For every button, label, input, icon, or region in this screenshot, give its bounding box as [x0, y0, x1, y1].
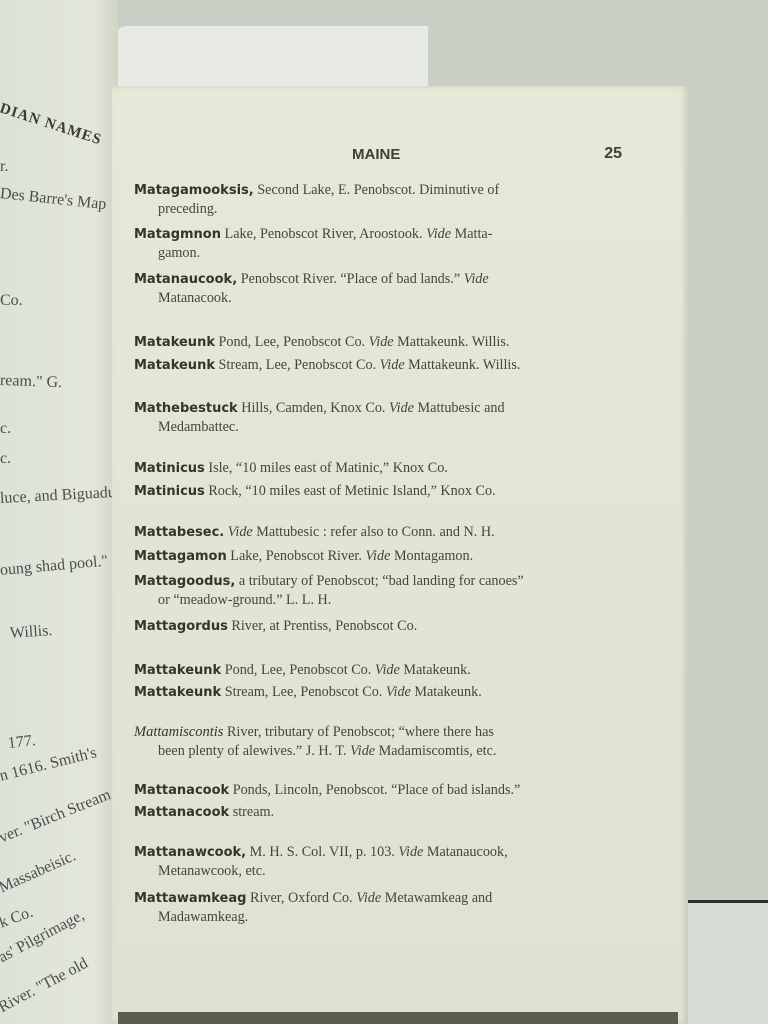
entry-text: Matanaucook, [423, 844, 507, 860]
entry-text: Matakeunk. [400, 662, 471, 678]
entry-headword: Matakeunk [134, 335, 215, 350]
entry-text: Pond, Lee, Penobscot Co. [221, 662, 375, 678]
left-page-fragment: Co. [0, 292, 23, 310]
entry-continuation: gamon. [134, 244, 622, 263]
dictionary-entry: Mattakeunk Stream, Lee, Penobscot Co. Vi… [134, 683, 622, 702]
dictionary-entry: Matakeunk Stream, Lee, Penobscot Co. Vid… [134, 356, 622, 375]
left-page-fragment: oung shad pool." [0, 553, 109, 580]
entry-text: been plenty of alewives.” J. H. T. [158, 743, 350, 759]
entry-continuation: Medambattec. [134, 418, 622, 437]
left-page-fragment: c. [0, 420, 11, 438]
entry-text: Mattubesic : refer also to Conn. and N. … [253, 524, 495, 540]
dictionary-entry: Mattanacook Ponds, Lincoln, Penobscot. “… [134, 781, 622, 800]
vide-reference: Vide [356, 890, 381, 906]
entry-headword: Matinicus [134, 484, 205, 499]
entry-headword: Mattamiscontis [134, 724, 223, 740]
entry-text: Pond, Lee, Penobscot Co. [215, 334, 369, 350]
entry-text: preceding. [158, 201, 217, 217]
left-page-fragment: River. "The old [0, 955, 91, 1017]
entry-text: Lake, Penobscot River. [227, 548, 366, 564]
dictionary-entry: Mattabesec. Vide Mattubesic : refer also… [134, 523, 622, 542]
entry-text: Second Lake, E. Penobscot. Diminutive of [254, 182, 499, 198]
entry-headword: Mattagamon [134, 549, 227, 564]
dictionary-entry: Mattakeunk Pond, Lee, Penobscot Co. Vide… [134, 661, 622, 680]
entry-continuation: Madawamkeag. [134, 908, 622, 927]
entry-continuation: preceding. [134, 200, 622, 219]
entry-headword: Matagamooksis, [134, 183, 254, 198]
right-page: MAINE 25 Matagamooksis, Second Lake, E. … [112, 86, 688, 1024]
vide-reference: Vide [386, 684, 411, 700]
entry-text: Penobscot River. “Place of bad lands.” [237, 271, 464, 287]
left-page-fragment: c. [0, 450, 11, 468]
entry-text: a tributary of Penobscot; “bad landing f… [235, 573, 523, 589]
vide-reference: Vide [228, 524, 253, 540]
dictionary-entry: Matagmnon Lake, Penobscot River, Aroosto… [134, 225, 622, 263]
vide-reference: Vide [365, 548, 390, 564]
entry-text: or “meadow-ground.” L. L. H. [158, 592, 331, 608]
left-page-fragment: luce, and Biguadu [0, 484, 116, 508]
entry-text: Matanacook. [158, 290, 232, 306]
left-page-fragment: Willis. [9, 622, 53, 643]
entry-text: Madamiscomtis, etc. [375, 743, 496, 759]
entry-text: Montagamon. [390, 548, 473, 564]
left-page-fragment: ream." G. [0, 372, 62, 392]
entry-text: Ponds, Lincoln, Penobscot. “Place of bad… [229, 782, 520, 798]
dictionary-entry: Mattanacook stream. [134, 803, 622, 822]
page-number: 25 [604, 145, 622, 163]
entry-headword: Matakeunk [134, 358, 215, 373]
entry-text: Lake, Penobscot River, Aroostook. [221, 226, 426, 242]
entry-text: Mattubesic and [414, 400, 505, 416]
book-bottom-edge [118, 1012, 678, 1024]
entry-continuation: Matanacook. [134, 289, 622, 308]
entry-headword: Mattabesec. [134, 525, 224, 540]
vide-reference: Vide [426, 226, 451, 242]
entry-text: gamon. [158, 245, 200, 261]
entry-text: Isle, “10 miles east of Matinic,” Knox C… [205, 460, 448, 476]
left-page-fragment: r. [0, 158, 8, 176]
entry-headword: Mattagoodus, [134, 574, 235, 589]
dictionary-entry: Matinicus Rock, “10 miles east of Metini… [134, 482, 622, 501]
entry-headword: Mattanawcook, [134, 845, 246, 860]
entry-headword: Mattawamkeag [134, 891, 246, 906]
dictionary-entry: Mattagoodus, a tributary of Penobscot; “… [134, 572, 622, 610]
dictionary-entry: Matagamooksis, Second Lake, E. Penobscot… [134, 181, 622, 219]
vide-reference: Vide [350, 743, 375, 759]
left-page: DIAN NAMES r.Des Barre's MapCo.ream." G.… [0, 0, 118, 1024]
vide-reference: Vide [369, 334, 394, 350]
entry-text: Madawamkeag. [158, 909, 248, 925]
entry-text: Metanawcook, etc. [158, 863, 266, 879]
entry-text: Stream, Lee, Penobscot Co. [221, 684, 386, 700]
entry-text: Rock, “10 miles east of Metinic Island,”… [205, 483, 496, 499]
entry-headword: Mattanacook [134, 783, 229, 798]
entry-headword: Mathebestuck [134, 401, 238, 416]
entry-continuation: Metanawcook, etc. [134, 862, 622, 881]
entry-headword: Matagmnon [134, 227, 221, 242]
dictionary-entry: Mathebestuck Hills, Camden, Knox Co. Vid… [134, 399, 622, 437]
left-page-fragment: k Co. [0, 904, 36, 933]
page-title: MAINE [352, 146, 400, 163]
vide-reference: Vide [464, 271, 489, 287]
dictionary-entry: Mattagordus River, at Prentiss, Penobsco… [134, 617, 622, 636]
vide-reference: Vide [380, 357, 405, 373]
dictionary-entry: Mattawamkeag River, Oxford Co. Vide Meta… [134, 889, 622, 927]
entry-text: River, tributary of Penobscot; “where th… [223, 724, 493, 740]
running-head: DIAN NAMES [0, 100, 104, 149]
entry-headword: Mattagordus [134, 619, 228, 634]
dictionary-entry: Matakeunk Pond, Lee, Penobscot Co. Vide … [134, 333, 622, 352]
left-page-fragment: Des Barre's Map [0, 185, 107, 214]
entry-text: Stream, Lee, Penobscot Co. [215, 357, 380, 373]
dictionary-entry: Mattagamon Lake, Penobscot River. Vide M… [134, 547, 622, 566]
entry-text: Hills, Camden, Knox Co. [238, 400, 389, 416]
left-page-fragment: Massabeisic. [0, 847, 79, 897]
entry-text: River, at Prentiss, Penobscot Co. [228, 618, 417, 634]
entry-continuation: or “meadow-ground.” L. L. H. [134, 591, 622, 610]
left-page-fragment: ver. "Birch Stream [0, 786, 114, 847]
dictionary-entry: Mattanawcook, M. H. S. Col. VII, p. 103.… [134, 843, 622, 881]
entry-headword: Matinicus [134, 461, 205, 476]
entry-text: M. H. S. Col. VII, p. 103. [246, 844, 398, 860]
entry-text: Metawamkeag and [381, 890, 492, 906]
entry-headword: Mattakeunk [134, 685, 221, 700]
table-surface [688, 900, 768, 1024]
vide-reference: Vide [375, 662, 400, 678]
entry-text: Matta- [451, 226, 492, 242]
entry-text: stream. [229, 804, 274, 820]
vide-reference: Vide [389, 400, 414, 416]
entry-continuation: been plenty of alewives.” J. H. T. Vide … [134, 742, 622, 761]
dictionary-entry: Mattamiscontis River, tributary of Penob… [134, 723, 622, 761]
entry-text: Mattakeunk. Willis. [405, 357, 521, 373]
entry-headword: Mattakeunk [134, 663, 221, 678]
entry-headword: Mattanacook [134, 805, 229, 820]
entry-text: River, Oxford Co. [246, 890, 356, 906]
dictionary-entry: Matinicus Isle, “10 miles east of Matini… [134, 459, 622, 478]
entry-text: Mattakeunk. Willis. [394, 334, 510, 350]
entry-text: Matakeunk. [411, 684, 482, 700]
vide-reference: Vide [398, 844, 423, 860]
left-page-fragment: 177. [7, 732, 37, 753]
entry-text: Medambattec. [158, 419, 239, 435]
dictionary-entry: Matanaucook, Penobscot River. “Place of … [134, 270, 622, 308]
entry-headword: Matanaucook, [134, 272, 237, 287]
